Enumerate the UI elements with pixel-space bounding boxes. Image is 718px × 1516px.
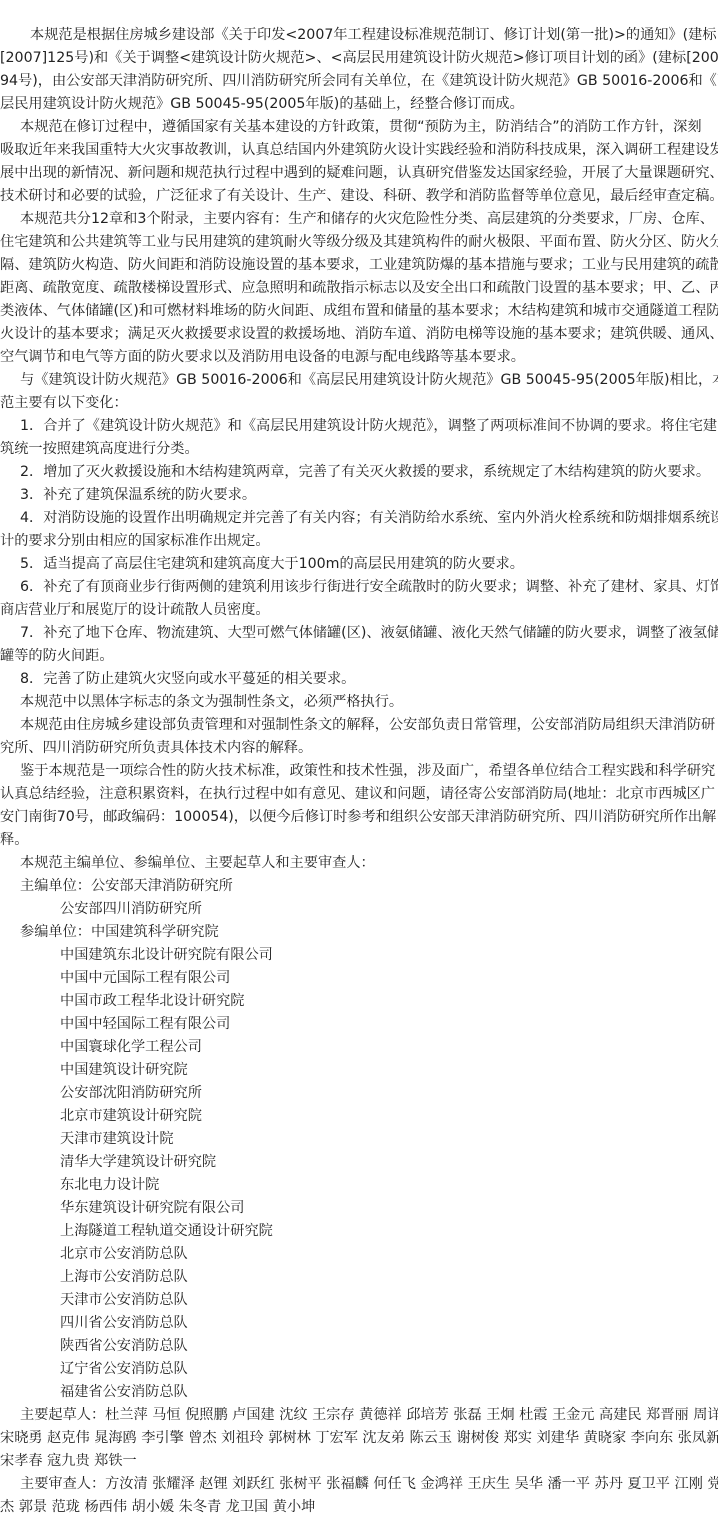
participant: 公安部沈阳消防研究所: [0, 1082, 718, 1105]
text-line: 本规范是根据住房城乡建设部《关于印发<2007年工程建设标准规范制订、修订计划(…: [0, 24, 718, 47]
text-line: 层民用建筑设计防火规范》GB 50045-95(2005年版)的基础上，经整合修…: [0, 93, 718, 116]
text-line: 火设计的基本要求；满足灭火救援要求设置的救援场地、消防车道、消防电梯等设施的基本…: [0, 323, 718, 346]
text-line: 本规范由住房城乡建设部负责管理和对强制性条文的解释，公安部负责日常管理，公安部消…: [0, 714, 718, 737]
preface-paragraph-4: 与《建筑设计防火规范》GB 50016-2006和《高层民用建筑设计防火规范》G…: [0, 369, 718, 415]
text-line: 鉴于本规范是一项综合性的防火技术标准，政策性和技术性强，涉及面广，希望各单位结合…: [0, 760, 718, 783]
participant: 天津市公安消防总队: [0, 1289, 718, 1312]
text-line: 隔、建筑防火构造、防火间距和消防设施设置的基本要求，工业建筑防爆的基本措施与要求…: [0, 254, 718, 277]
text-line: 1．合并了《建筑设计防火规范》和《高层民用建筑设计防火规范》，调整了两项标准间不…: [0, 415, 718, 438]
change-item-7: 7．补充了地下仓库、物流建筑、大型可燃气体储罐(区)、液氨储罐、液化天然气储罐的…: [0, 622, 718, 668]
participant: 北京市建筑设计研究院: [0, 1105, 718, 1128]
reviewers-section: 主要审查人：方汝清 张耀泽 赵锂 刘跃红 张树平 张福麟 何任飞 金鸿祥 王庆生…: [0, 1473, 718, 1516]
participant: 北京市公安消防总队: [0, 1243, 718, 1266]
text-line: 本规范在修订过程中，遵循国家有关基本建设的方针政策，贯彻“预防为主，防消结合”的…: [0, 116, 718, 139]
text-line: 究所、四川消防研究所负责具体技术内容的解释。: [0, 737, 718, 760]
change-item-1: 1．合并了《建筑设计防火规范》和《高层民用建筑设计防火规范》，调整了两项标准间不…: [0, 415, 718, 461]
participant: 陕西省公安消防总队: [0, 1335, 718, 1358]
text-line: 认真总结经验，注意积累资料，在执行过程中如有意见、建议和问题，请径寄公安部消防局…: [0, 783, 718, 806]
preface-paragraph-3: 本规范共分12章和3个附录，主要内容有：生产和储存的火灾危险性分类、高层建筑的分…: [0, 208, 718, 369]
text-line: 商店营业厅和展览厅的设计疏散人员密度。: [0, 599, 718, 622]
change-item-4: 4．对消防设施的设置作出明确规定并完善了有关内容；有关消防给水系统、室内外消火栓…: [0, 507, 718, 553]
text-line: 本规范共分12章和3个附录，主要内容有：生产和储存的火灾危险性分类、高层建筑的分…: [0, 208, 718, 231]
text-line: 本规范中以黑体字标志的条文为强制性条文，必须严格执行。: [0, 691, 718, 714]
participant: 东北电力设计院: [0, 1174, 718, 1197]
participant: 中国中轻国际工程有限公司: [0, 1013, 718, 1036]
text-line: 7．补充了地下仓库、物流建筑、大型可燃气体储罐(区)、液氨储罐、液化天然气储罐的…: [0, 622, 718, 645]
text-line: 4．对消防设施的设置作出明确规定并完善了有关内容；有关消防给水系统、室内外消火栓…: [0, 507, 718, 530]
participant: 中国建筑东北设计研究院有限公司: [0, 944, 718, 967]
participant: 中国市政工程华北设计研究院: [0, 990, 718, 1013]
text-line: 2．增加了灭火救援设施和木结构建筑两章，完善了有关灭火救援的要求，系统规定了木结…: [0, 461, 718, 484]
text-line: [2007]125号)和《关于调整<建筑设计防火规范>、<高层民用建筑设计防火规…: [0, 47, 718, 70]
chief-editor: 公安部四川消防研究所: [0, 898, 718, 921]
participant: 中国建筑设计研究院: [0, 1059, 718, 1082]
chief-editors-label: 主编单位：: [20, 878, 91, 894]
text-line: 吸取近年来我国重特大火灾事故教训，认真总结国内外建筑防火设计实践经验和消防科技成…: [0, 139, 718, 162]
chief-editor: 公安部天津消防研究所: [91, 878, 233, 894]
text-line: 杰 郭景 范珑 杨西伟 胡小媛 朱冬青 龙卫国 黄小坤: [0, 1496, 718, 1516]
participant: 上海市公安消防总队: [0, 1266, 718, 1289]
participant: 上海隧道工程轨道交通设计研究院: [0, 1220, 718, 1243]
participants-label: 参编单位：: [20, 924, 91, 940]
participant: 四川省公安消防总队: [0, 1312, 718, 1335]
change-item-2: 2．增加了灭火救援设施和木结构建筑两章，完善了有关灭火救援的要求，系统规定了木结…: [0, 461, 718, 484]
change-item-8: 8．完善了防止建筑火灾竖向或水平蔓延的相关要求。: [0, 668, 718, 691]
text-line: 与《建筑设计防火规范》GB 50016-2006和《高层民用建筑设计防火规范》G…: [0, 369, 718, 392]
management-note: 本规范由住房城乡建设部负责管理和对强制性条文的解释，公安部负责日常管理，公安部消…: [0, 714, 718, 760]
participant: 中国中元国际工程有限公司: [0, 967, 718, 990]
change-item-5: 5．适当提高了高层住宅建筑和建筑高度大于100m的高层民用建筑的防火要求。: [0, 553, 718, 576]
text-line: 距离、疏散宽度、疏散楼梯设置形式、应急照明和疏散指示标志以及安全出口和疏散门设置…: [0, 277, 718, 300]
participants-row: 参编单位：中国建筑科学研究院: [0, 921, 718, 944]
participant: 华东建筑设计研究院有限公司: [0, 1197, 718, 1220]
change-item-6: 6．补充了有顶商业步行街两侧的建筑利用该步行街进行安全疏散时的防火要求；调整、补…: [0, 576, 718, 622]
text-line: 空气调节和电气等方面的防火要求以及消防用电设备的电源与配电线路等基本要求。: [0, 346, 718, 369]
participant: 清华大学建筑设计研究院: [0, 1151, 718, 1174]
text-line: 范主要有以下变化：: [0, 392, 718, 415]
change-item-3: 3．补充了建筑保温系统的防火要求。: [0, 484, 718, 507]
text-line: 5．适当提高了高层住宅建筑和建筑高度大于100m的高层民用建筑的防火要求。: [0, 553, 718, 576]
chief-editors-row: 主编单位：公安部天津消防研究所: [0, 875, 718, 898]
preface-paragraph-2: 本规范在修订过程中，遵循国家有关基本建设的方针政策，贯彻“预防为主，防消结合”的…: [0, 116, 718, 208]
text-line: 筑统一按照建筑高度进行分类。: [0, 438, 718, 461]
document-body: 本规范是根据住房城乡建设部《关于印发<2007年工程建设标准规范制订、修订计划(…: [0, 0, 718, 1516]
text-line: 主要起草人：杜兰萍 马恒 倪照鹏 卢国建 沈纹 王宗存 黄德祥 邱培芳 张磊 王…: [0, 1404, 718, 1427]
text-line: 宋晓勇 赵克伟 晁海鸥 李引擎 曾杰 刘祖玲 郭树林 丁宏军 沈友弟 陈云玉 谢…: [0, 1427, 718, 1450]
text-line: 释。: [0, 829, 718, 852]
text-line: 8．完善了防止建筑火灾竖向或水平蔓延的相关要求。: [0, 668, 718, 691]
participant: 辽宁省公安消防总队: [0, 1358, 718, 1381]
text-line: 计的要求分别由相应的国家标准作出规定。: [0, 530, 718, 553]
participant: 天津市建筑设计院: [0, 1128, 718, 1151]
text-line: 宋孝春 寇九贵 郑铁一: [0, 1450, 718, 1473]
participant: 中国建筑科学研究院: [91, 924, 219, 940]
text-line: 3．补充了建筑保温系统的防火要求。: [0, 484, 718, 507]
preface-paragraph-1: 本规范是根据住房城乡建设部《关于印发<2007年工程建设标准规范制订、修订计划(…: [0, 24, 718, 116]
participant: 福建省公安消防总队: [0, 1381, 718, 1404]
feedback-note: 鉴于本规范是一项综合性的防火技术标准，政策性和技术性强，涉及面广，希望各单位结合…: [0, 760, 718, 852]
text-line: 技术研讨和必要的试验，广泛征求了有关设计、生产、建设、科研、教学和消防监督等单位…: [0, 185, 718, 208]
text-line: 展中出现的新情况、新问题和规范执行过程中遇到的疑难问题，认真研究借鉴发达国家经验…: [0, 162, 718, 185]
text-line: 安门南街70号，邮政编码：100054)，以便今后修订时参考和组织公安部天津消防…: [0, 806, 718, 829]
text-line: 94号)，由公安部天津消防研究所、四川消防研究所会同有关单位，在《建筑设计防火规…: [0, 70, 718, 93]
mandatory-clause-note: 本规范中以黑体字标志的条文为强制性条文，必须严格执行。: [0, 691, 718, 714]
text-line: 类液体、气体储罐(区)和可燃材料堆场的防火间距、成组布置和储量的基本要求；木结构…: [0, 300, 718, 323]
contributors-intro: 本规范主编单位、参编单位、主要起草人和主要审查人：: [0, 852, 718, 875]
text-line: 住宅建筑和公共建筑等工业与民用建筑的建筑耐火等级分级及其建筑构件的耐火极限、平面…: [0, 231, 718, 254]
participants-section: 参编单位：中国建筑科学研究院 中国建筑东北设计研究院有限公司 中国中元国际工程有…: [0, 921, 718, 1404]
participant: 中国寰球化学工程公司: [0, 1036, 718, 1059]
text-line: 6．补充了有顶商业步行街两侧的建筑利用该步行街进行安全疏散时的防火要求；调整、补…: [0, 576, 718, 599]
text-line: 主要审查人：方汝清 张耀泽 赵锂 刘跃红 张树平 张福麟 何任飞 金鸿祥 王庆生…: [0, 1473, 718, 1496]
drafters-section: 主要起草人：杜兰萍 马恒 倪照鹏 卢国建 沈纹 王宗存 黄德祥 邱培芳 张磊 王…: [0, 1404, 718, 1473]
text-line: 本规范主编单位、参编单位、主要起草人和主要审查人：: [0, 852, 718, 875]
text-line: 罐等的防火间距。: [0, 645, 718, 668]
chief-editors-section: 主编单位：公安部天津消防研究所 公安部四川消防研究所: [0, 875, 718, 921]
